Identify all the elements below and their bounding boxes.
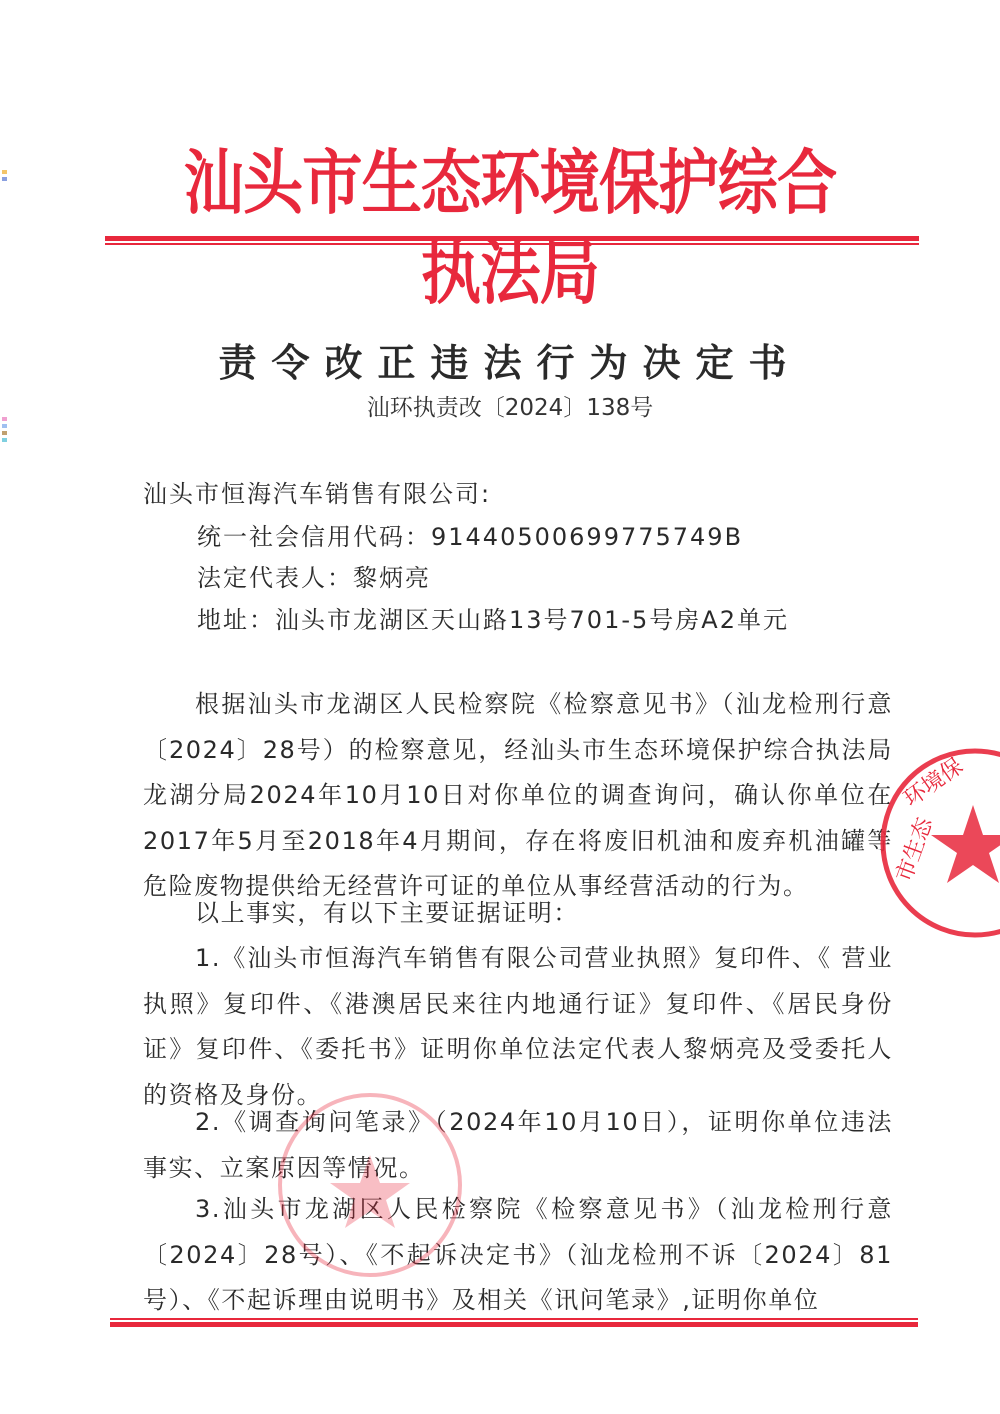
recipient-name: 汕头市恒海汽车销售有限公司: (143, 472, 491, 516)
svg-text:环境保: 环境保 (900, 754, 968, 812)
paragraph-evidence-3: 3.汕头市龙湖区人民检察院《检察意见书》（汕龙检刑行意〔2024〕28号）、《不… (143, 1187, 893, 1324)
agency-header: 汕头市生态环境保护综合执法局 (157, 138, 862, 318)
footer-rule-thick (110, 1322, 918, 1327)
svg-text:市生态: 市生态 (892, 814, 938, 886)
document-number: 汕环执责改〔2024〕138号 (200, 392, 820, 424)
paragraph-evidence-intro: 以上事实，有以下主要证据证明： (143, 891, 893, 937)
document-title: 责令改正违法行为决定书 (200, 338, 820, 388)
paragraph-findings: 根据汕头市龙湖区人民检察院《检察意见书》（汕龙检刑行意〔2024〕28号）的检察… (143, 682, 893, 910)
credit-code: 统一社会信用代码：91440500699775749B (197, 515, 743, 559)
address: 地址：汕头市龙湖区天山路13号701-5号房A2单元 (197, 598, 789, 642)
header-rule-thick (105, 236, 919, 241)
scan-edge-marks (2, 170, 8, 460)
footer-rule-thin (110, 1318, 918, 1320)
legal-representative: 法定代表人：黎炳亮 (197, 556, 431, 600)
official-seal-icon: 环境保 市生态 (875, 745, 1000, 945)
header-rule-thin (105, 243, 919, 245)
paragraph-evidence-1: 1.《汕头市恒海汽车销售有限公司营业执照》复印件、《 营业执照》复印件、《港澳居… (143, 936, 893, 1118)
paragraph-evidence-2: 2.《调查询问笔录》（2024年10月10日），证明你单位违法事实、立案原因等情… (143, 1100, 893, 1191)
